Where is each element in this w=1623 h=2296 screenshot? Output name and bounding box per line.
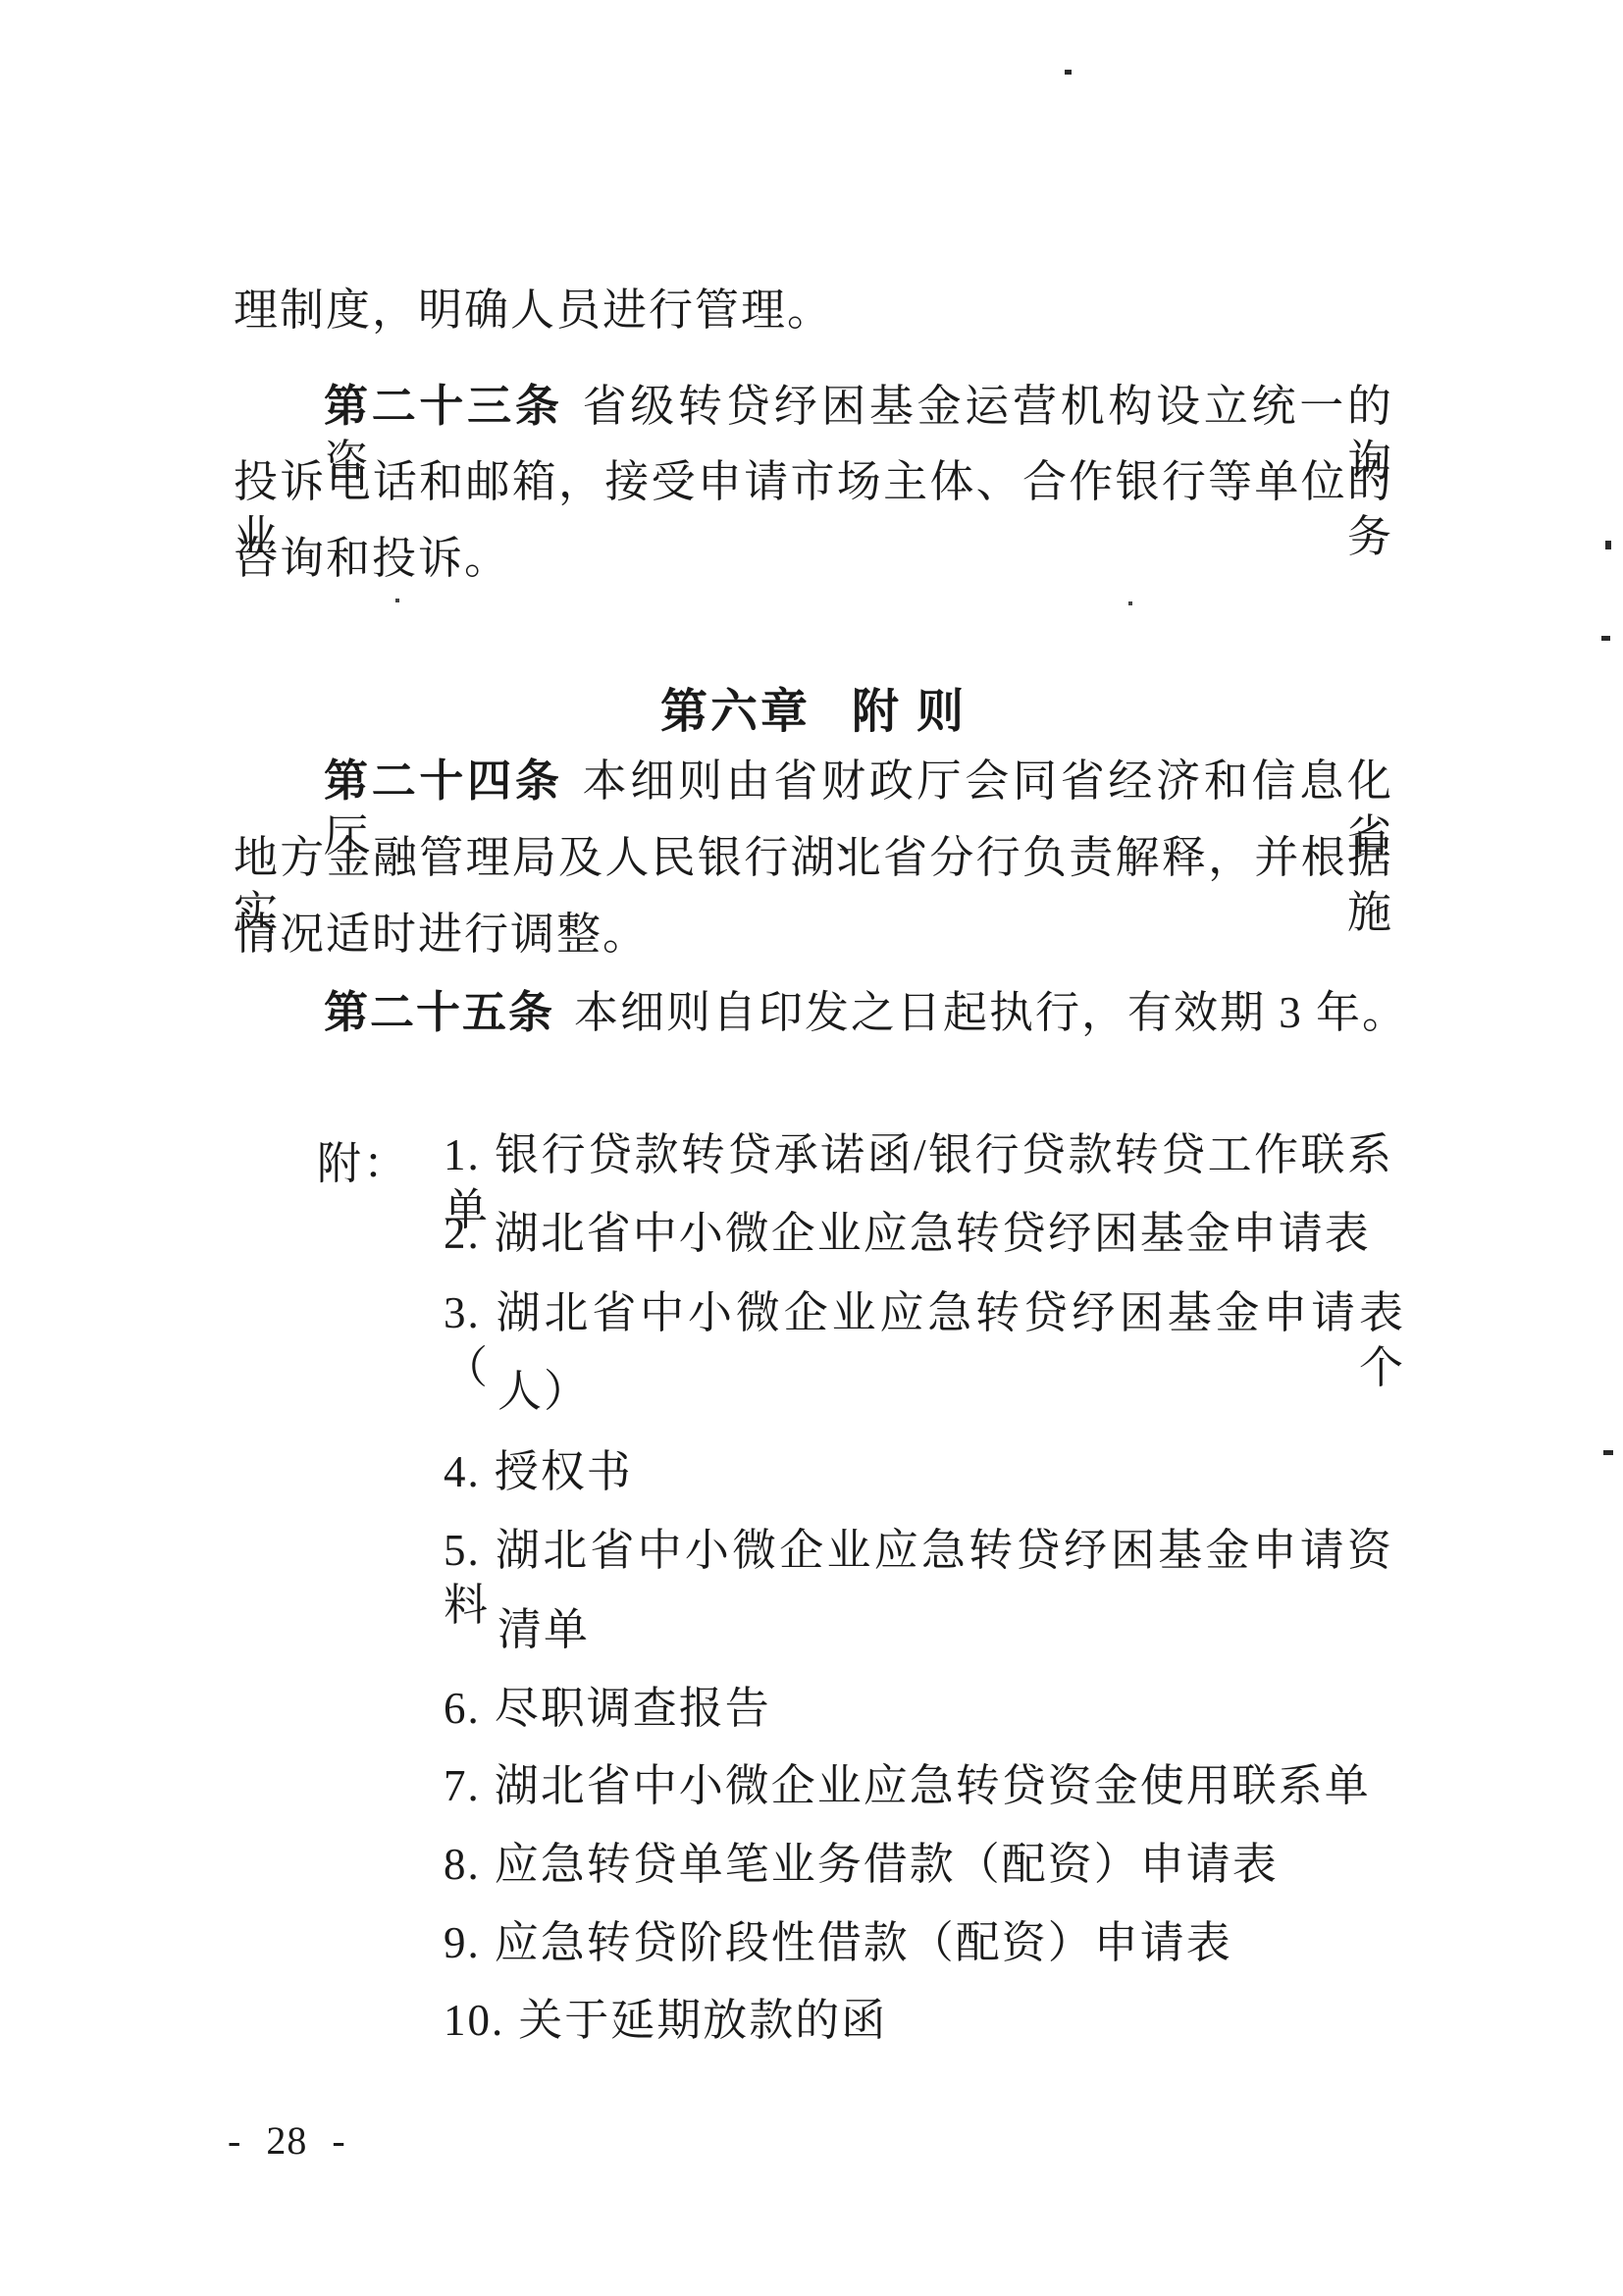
attachment-item-3-cont: 人）: [497, 1364, 590, 1419]
attachment-item-9: 9.应急转贷阶段性借款（配资）申请表: [444, 1915, 1232, 1970]
attachment-item-1-number: 1.: [444, 1130, 481, 1179]
article-25-line: 第二十五条本细则自印发之日起执行，有效期 3 年。: [324, 985, 1408, 1040]
attachment-item-4: 4.授权书: [444, 1444, 633, 1499]
attachment-item-2-text: 湖北省中小微企业应急转贷纾困基金申请表: [495, 1209, 1371, 1258]
chapter-label: 第六章: [660, 686, 811, 738]
attachment-item-2-number: 2.: [444, 1209, 481, 1258]
scan-speck: [395, 599, 399, 602]
chapter-title: 附 则: [852, 686, 967, 738]
article-25-text: 本细则自印发之日起执行，有效期 3 年。: [574, 988, 1408, 1037]
attachment-item-6-text: 尽职调查报告: [495, 1684, 771, 1733]
article-23-number: 第二十三条: [324, 382, 563, 431]
attachment-item-9-number: 9.: [444, 1918, 481, 1967]
attachment-item-8-number: 8.: [444, 1840, 481, 1889]
attachment-item-6: 6.尽职调查报告: [444, 1681, 771, 1736]
attachment-item-6-number: 6.: [444, 1684, 481, 1733]
attachment-item-5-cont: 清单: [497, 1602, 590, 1657]
attachment-item-10-number: 10.: [444, 1996, 504, 2045]
scan-speck: [1601, 636, 1610, 641]
document-page: 理制度，明确人员进行管理。 第二十三条省级转贷纾困基金运营机构设立统一的咨询 投…: [0, 0, 1623, 2296]
article-24-number: 第二十四条: [324, 757, 563, 806]
attachment-item-7-number: 7.: [444, 1761, 481, 1810]
page-number: - 28 -: [228, 2117, 346, 2164]
attachment-item-8-text: 应急转贷单笔业务借款（配资）申请表: [495, 1840, 1279, 1889]
paragraph-overflow-line: 理制度，明确人员进行管理。: [234, 283, 833, 338]
scan-speck: [1128, 601, 1132, 605]
scan-speck: [1065, 70, 1072, 75]
attachment-item-5-number: 5.: [444, 1526, 481, 1575]
attachment-item-10: 10.关于延期放款的函: [444, 1993, 887, 2048]
scan-speck: [1603, 1450, 1613, 1455]
attachment-item-7-text: 湖北省中小微企业应急转贷资金使用联系单: [495, 1761, 1371, 1810]
attachment-item-8: 8.应急转贷单笔业务借款（配资）申请表: [444, 1837, 1279, 1892]
attachment-item-4-number: 4.: [444, 1447, 481, 1496]
attachment-item-10-text: 关于延期放款的函: [518, 1996, 887, 2045]
chapter-heading: 第六章附 则: [234, 673, 1393, 741]
attachment-item-4-text: 授权书: [495, 1447, 633, 1496]
attachment-item-3-number: 3.: [444, 1288, 481, 1337]
scan-speck: [1605, 541, 1611, 549]
article-24-line-3: 情况适时进行调整。: [234, 907, 649, 962]
attachment-item-9-text: 应急转贷阶段性借款（配资）申请表: [495, 1918, 1232, 1967]
article-23-line-3: 咨询和投诉。: [234, 531, 510, 586]
attachment-item-7: 7.湖北省中小微企业应急转贷资金使用联系单: [444, 1758, 1371, 1813]
attachment-item-2: 2.湖北省中小微企业应急转贷纾困基金申请表: [444, 1206, 1371, 1261]
article-25-number: 第二十五条: [324, 988, 554, 1037]
attachments-label: 附：: [317, 1127, 409, 1191]
